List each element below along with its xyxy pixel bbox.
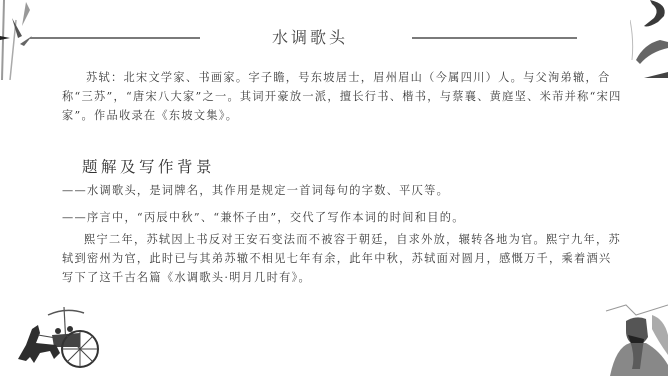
background-paragraph-2: ——序言中，“丙辰中秋”、“兼怀子由”，交代了写作本词的时间和目的。	[62, 208, 622, 227]
background-paragraph-3: 熙宁二年，苏轼因上书反对王安石变法而不被容于朝廷，自求外放，辗转各地为官。熙宁九…	[62, 230, 622, 287]
section-title: 题解及写作背景	[82, 155, 215, 177]
author-intro-paragraph: 苏轼：北宋文学家、书画家。字子瞻，号东坡居士，眉州眉山（今属四川）人。与父洵弟辙…	[62, 68, 622, 125]
header-line-left	[30, 37, 200, 39]
bamboo-decoration-icon	[0, 0, 40, 80]
background-paragraph-1: ——水调歌头，是词牌名，其作用是规定一首词每句的字数、平仄等。	[62, 181, 622, 200]
page-title: 水调歌头	[220, 25, 400, 48]
horse-carriage-decoration-icon	[14, 305, 104, 370]
header-line-right	[412, 37, 577, 39]
slide: 水调歌头 苏轼：北宋文学家、书画家。字子瞻，号东坡居士，眉州眉山（今属四川）人。…	[0, 0, 668, 376]
ink-figure-decoration-icon	[630, 0, 668, 80]
scholar-portrait-decoration-icon	[596, 285, 668, 376]
